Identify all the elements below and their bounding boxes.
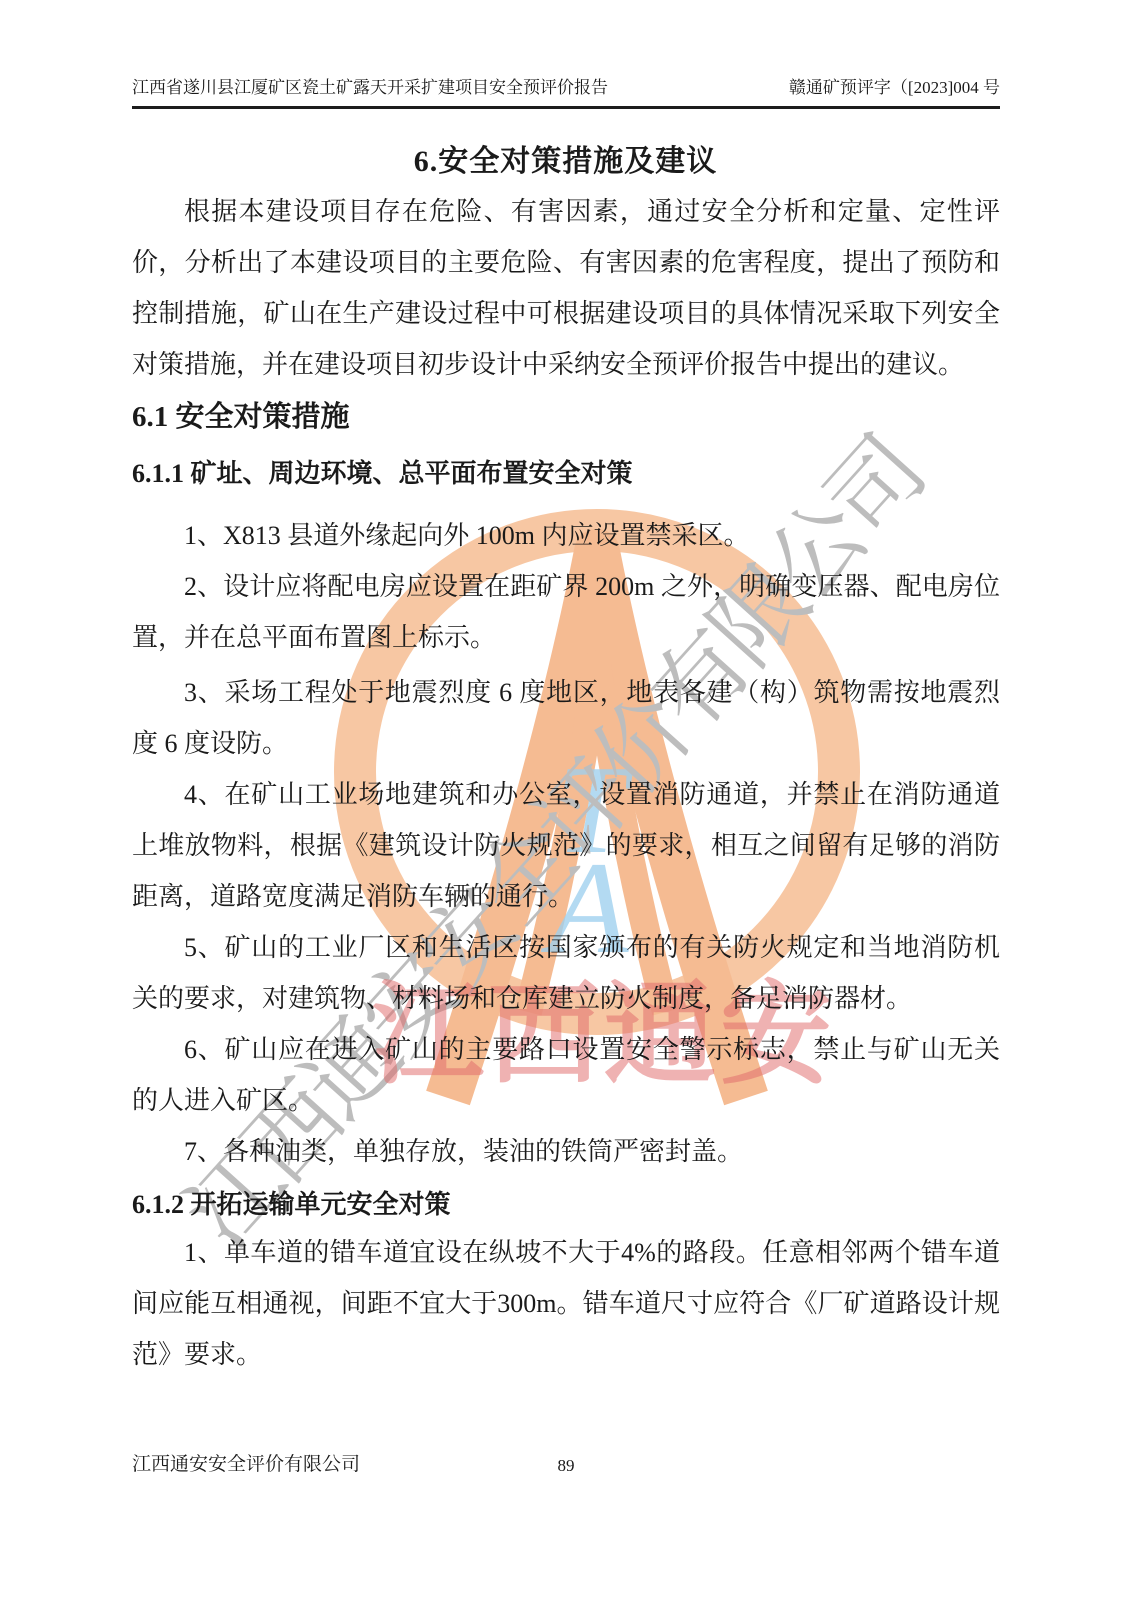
heading-6-1-1: 6.1.1 矿址、周边环境、总平面布置安全对策 [132,454,1000,494]
item-6-1-1-5: 5、矿山的工业厂区和生活区按国家颁布的有关防火规定和当地消防机关的要求，对建筑物… [132,922,1000,1024]
chapter-title: 6.安全对策措施及建议 [0,136,1131,180]
item-6-1-2-1: 1、单车道的错车道宜设在纵坡不大于4%的路段。任意相邻两个错车道间应能互相通视，… [132,1227,1000,1380]
intro-paragraph: 根据本建设项目存在危险、有害因素，通过安全分析和定量、定性评价，分析出了本建设项… [132,186,1000,390]
item-6-1-1-6: 6、矿山应在进入矿山的主要路口设置安全警示标志，禁止与矿山无关的人进入矿区。 [132,1024,1000,1126]
item-6-1-1-7: 7、各种油类，单独存放，装油的铁筒严密封盖。 [132,1126,1000,1177]
item-6-1-1-1: 1、X813 县道外缘起向外 100m 内应设置禁采区。 [132,510,1000,561]
heading-6-1: 6.1 安全对策措施 [132,396,1000,438]
page-header: 江西省遂川县江厦矿区瓷土矿露天开采扩建项目安全预评价报告 赣通矿预评字（[202… [132,76,1000,109]
item-6-1-1-2: 2、设计应将配电房应设置在距矿界 200m 之外，明确变压器、配电房位置，并在总… [132,561,1000,663]
heading-6-1-2: 6.1.2 开拓运输单元安全对策 [132,1185,1000,1225]
item-6-1-1-4: 4、在矿山工业场地建筑和办公室，设置消防通道，并禁止在消防通道上堆放物料，根据《… [132,769,1000,922]
page-number: 89 [132,1453,1000,1479]
header-report-title: 江西省遂川县江厦矿区瓷土矿露天开采扩建项目安全预评价报告 [132,76,608,100]
document-page: T A 江西通安安全评价有限公司 江西通安 江西省遂川县江厦矿区瓷土矿露天开采扩… [0,0,1131,1600]
header-doc-number: 赣通矿预评字（[2023]004 号 [789,76,1000,100]
item-6-1-1-3: 3、采场工程处于地震烈度 6 度地区，地表各建（构）筑物需按地震烈度 6 度设防… [132,667,1000,769]
document-body: 根据本建设项目存在危险、有害因素，通过安全分析和定量、定性评价，分析出了本建设项… [132,186,1000,1380]
